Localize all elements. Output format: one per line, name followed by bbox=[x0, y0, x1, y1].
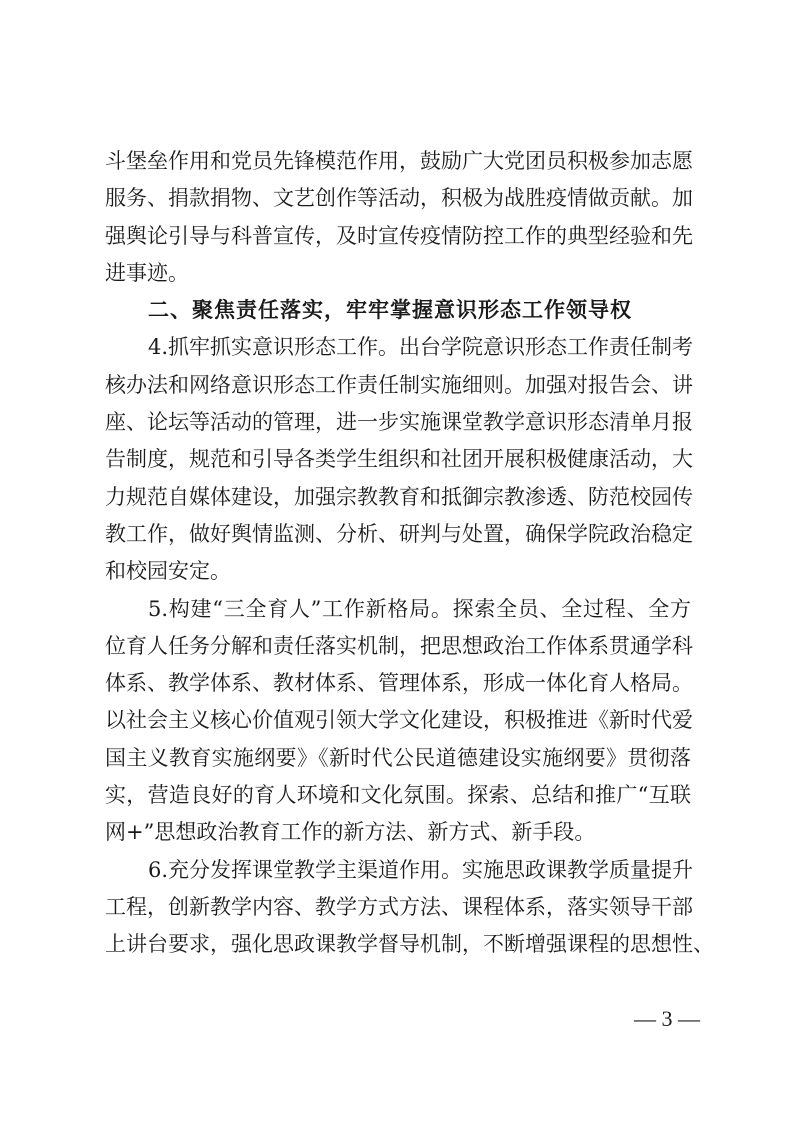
text-line: 上讲台要求，强化思政课教学督导机制，不断增强课程的思想性、 bbox=[105, 926, 691, 963]
text-line: 和校园安定。 bbox=[105, 553, 691, 590]
body-text: 斗堡垒作用和党员先锋模范作用，鼓励广大党团员积极参加志愿 服务、捐款捐物、文艺创… bbox=[105, 143, 691, 964]
text-line: 位育人任务分解和责任落实机制，把思想政治工作体系贯通学科 bbox=[105, 628, 691, 665]
text-line: 国主义教育实施纲要》《新时代公民道德建设实施纲要》贯彻落 bbox=[105, 740, 691, 777]
text-line: 体系、教学体系、教材体系、管理体系，形成一体化育人格局。 bbox=[105, 665, 691, 702]
text-line: 网+”思想政治教育工作的新方法、新方式、新手段。 bbox=[105, 814, 691, 851]
text-line: 以社会主义核心价值观引领大学文化建设，积极推进《新时代爱 bbox=[105, 702, 691, 739]
text-line: 告制度，规范和引导各类学生组织和社团开展积极健康活动，大 bbox=[105, 441, 691, 478]
text-line: 工程，创新教学内容、教学方式方法、课程体系，落实领导干部 bbox=[105, 889, 691, 926]
text-line: 进事迹。 bbox=[105, 255, 691, 292]
text-line: 力规范自媒体建设，加强宗教教育和抵御宗教渗透、防范校园传 bbox=[105, 479, 691, 516]
document-page: 斗堡垒作用和党员先锋模范作用，鼓励广大党团员积极参加志愿 服务、捐款捐物、文艺创… bbox=[0, 0, 793, 1122]
text-line: 教工作，做好舆情监测、分析、研判与处置，确保学院政治稳定 bbox=[105, 516, 691, 553]
paragraph-start: 5.构建“三全育人”工作新格局。探索全员、全过程、全方 bbox=[105, 591, 691, 628]
text-line: 实，营造良好的育人环境和文化氛围。探索、总结和推广“互联 bbox=[105, 777, 691, 814]
text-line: 斗堡垒作用和党员先锋模范作用，鼓励广大党团员积极参加志愿 bbox=[105, 143, 691, 180]
text-line: 核办法和网络意识形态工作责任制实施细则。加强对报告会、讲 bbox=[105, 367, 691, 404]
paragraph-start: 4.抓牢抓实意识形态工作。出台学院意识形态工作责任制考 bbox=[105, 329, 691, 366]
text-line: 座、论坛等活动的管理，进一步实施课堂教学意识形态清单月报 bbox=[105, 404, 691, 441]
page-number: — 3 — bbox=[634, 1006, 700, 1032]
section-heading: 二、聚焦责任落实，牢牢掌握意识形态工作领导权 bbox=[105, 292, 691, 329]
paragraph-start: 6.充分发挥课堂教学主渠道作用。实施思政课教学质量提升 bbox=[105, 852, 691, 889]
text-line: 强舆论引导与科普宣传，及时宣传疫情防控工作的典型经验和先 bbox=[105, 218, 691, 255]
text-line: 服务、捐款捐物、文艺创作等活动，积极为战胜疫情做贡献。加 bbox=[105, 180, 691, 217]
